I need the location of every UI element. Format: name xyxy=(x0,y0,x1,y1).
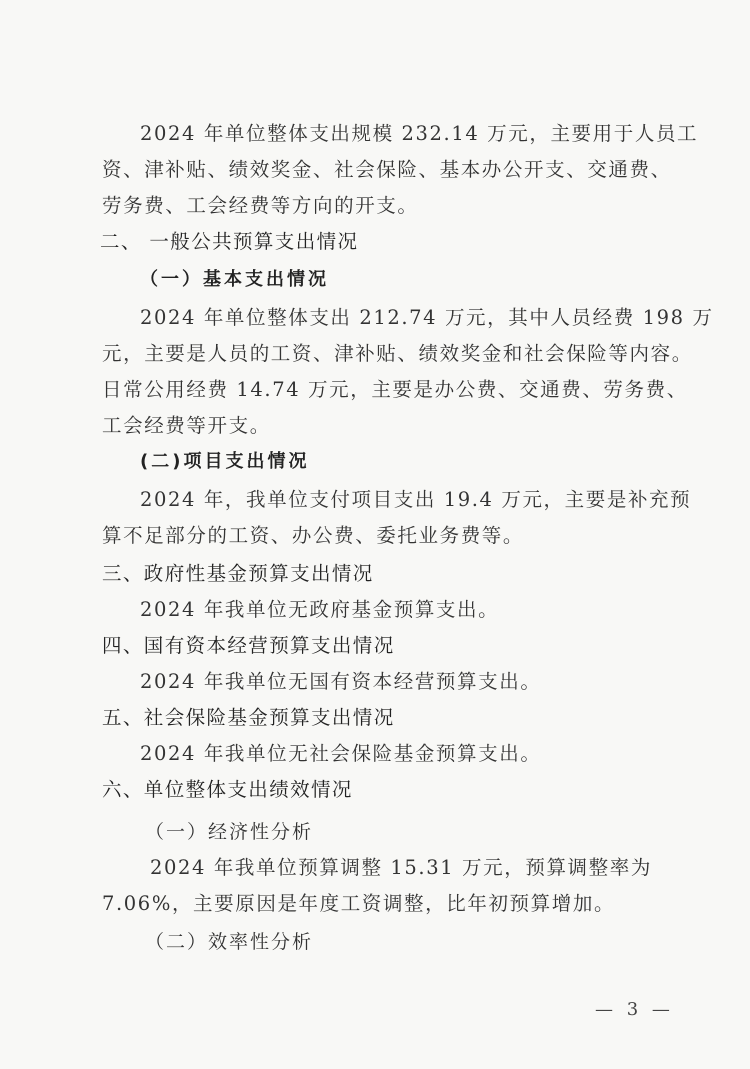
paragraph-line: 工会经费等开支。 xyxy=(102,414,271,438)
paragraph-line: 劳务费、工会经费等方向的开支。 xyxy=(102,194,419,218)
paragraph-line: 7.06%，主要原因是年度工资调整，比年初预算增加。 xyxy=(102,892,615,916)
page-number: — 3 — xyxy=(595,999,674,1020)
paragraph-line: 2024 年单位整体支出规模 232.14 万元，主要用于人员工 xyxy=(140,122,698,146)
paragraph-line: 2024 年我单位预算调整 15.31 万元，预算调整率为 xyxy=(150,856,652,880)
paragraph-line: 2024 年我单位无政府基金预算支出。 xyxy=(140,598,499,622)
paragraph-line: 算不足部分的工资、办公费、委托业务费等。 xyxy=(102,524,524,548)
section-heading-5: 五、社会保险基金预算支出情况 xyxy=(102,706,395,730)
paragraph-line: 2024 年我单位无社会保险基金预算支出。 xyxy=(140,742,541,766)
subsection-heading-basic-expenditure: （一）基本支出情况 xyxy=(140,268,329,292)
paragraph-line: 2024 年，我单位支付项目支出 19.4 万元，主要是补充预 xyxy=(140,488,691,512)
paragraph-line: 2024 年我单位无国有资本经营预算支出。 xyxy=(140,670,541,694)
paragraph-line: 日常公用经费 14.74 万元，主要是办公费、交通费、劳务费、 xyxy=(102,378,688,402)
paragraph-line: 2024 年单位整体支出 212.74 万元，其中人员经费 198 万 xyxy=(140,306,714,330)
paragraph-line: 元，主要是人员的工资、津补贴、绩效奖金和社会保险等内容。 xyxy=(102,342,693,366)
section-heading-4: 四、国有资本经营预算支出情况 xyxy=(102,634,395,658)
section-heading-2: 二、 一般公共预算支出情况 xyxy=(100,230,358,254)
subsection-heading-project-expenditure: (二)项目支出情况 xyxy=(140,450,309,474)
subsection-heading-efficiency-analysis: （二）效率性分析 xyxy=(145,930,313,954)
paragraph-line: 资、津补贴、绩效奖金、社会保险、基本办公开支、交通费、 xyxy=(102,158,672,182)
document-page: 2024 年单位整体支出规模 232.14 万元，主要用于人员工 资、津补贴、绩… xyxy=(0,0,750,1069)
subsection-heading-economy-analysis: （一）经济性分析 xyxy=(145,820,313,844)
section-heading-6: 六、单位整体支出绩效情况 xyxy=(102,778,353,802)
section-heading-3: 三、政府性基金预算支出情况 xyxy=(102,562,374,586)
